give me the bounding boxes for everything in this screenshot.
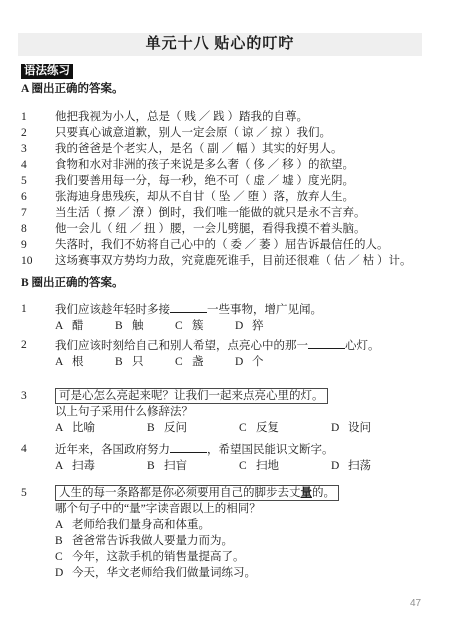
section-b-question-5: 5 人生的每一条路都是你必须要用自己的脚步去丈量的。 哪个句子中的“量”字读音跟…: [21, 485, 458, 581]
item-number: 2: [21, 125, 55, 141]
section-a-item-8: 8 他一会儿（ 纽 ／ 扭 ）腰，一会儿劈腿，看得我摸不着头脑。: [21, 221, 458, 237]
section-b-question-4: 4 近年来，各国政府努力，希望国民能识文断字。 A扫毒 B扫盲 C扫地 D扫荡: [21, 441, 458, 474]
option-d: D设问: [331, 420, 423, 436]
question-stem: 可是心怎么亮起来呢？让我们一起来点亮心里的灯。: [55, 388, 458, 404]
item-number: 5: [21, 173, 55, 189]
item-number: 4: [21, 157, 55, 173]
section-a-item-9: 9 失落时，我们不妨将自己心中的（ 委 ／ 萎 ）屈告诉最信任的人。: [21, 237, 458, 253]
item-text: 我们要善用每一分，每一秒，绝不可（ 虚 ／ 墟 ）度光阴。: [55, 173, 458, 189]
item-text: 食物和水对非洲的孩子来说是多么奢（ 侈 ／ 移 ）的欲望。: [55, 157, 458, 173]
answer-blank: [308, 337, 345, 349]
question-stem: 我们应该趁年轻时多接一些事物，增广见闻。: [55, 301, 458, 318]
option-c: C簇: [175, 318, 235, 334]
section-b-question-3: 3 可是心怎么亮起来呢？让我们一起来点亮心里的灯。 以上句子采用什么修辞法？ A…: [21, 388, 458, 436]
grammar-practice-label-wrap: 语法练习: [21, 64, 458, 79]
option-d: D扫荡: [331, 458, 423, 474]
section-a-item-4: 4 食物和水对非洲的孩子来说是多么奢（ 侈 ／ 移 ）的欲望。: [21, 157, 458, 173]
item-text: 失落时，我们不妨将自己心中的（ 委 ／ 萎 ）屈告诉最信任的人。: [55, 237, 458, 253]
answer-blank: [170, 441, 207, 453]
option-b: B只: [115, 354, 175, 370]
option-a: A扫毒: [55, 458, 147, 474]
options-row: A醋 B触 C簇 D猝: [21, 318, 458, 334]
option-d: D个: [235, 354, 295, 370]
item-text: 他把我视为小人，总是（ 贱 ／ 践 ）踏我的自尊。: [55, 109, 458, 125]
option-a: A比喻: [55, 420, 147, 436]
section-a-item-3: 3 我的爸爸是个老实人，是名（ 副 ／ 幅 ）其实的好男人。: [21, 141, 458, 157]
page-title: 单元十八 贴心的叮咛: [146, 36, 295, 52]
quoted-sentence-box: 可是心怎么亮起来呢？让我们一起来点亮心里的灯。: [55, 388, 328, 404]
item-number: 6: [21, 189, 55, 205]
option-c: C今年，这款手机的销售量提高了。: [21, 549, 458, 565]
question-text: 哪个句子中的“量”字读音跟以上的相同？: [55, 501, 458, 517]
item-number: 3: [21, 141, 55, 157]
option-a: A根: [55, 354, 115, 370]
options-row: A比喻 B反问 C反复 D设问: [21, 420, 458, 436]
question-text: 以上句子采用什么修辞法？: [55, 404, 458, 420]
item-text: 张海迪身患残疾，却从不自甘（ 坠 ／ 堕 ）落，放弃人生。: [55, 189, 458, 205]
item-number: 2: [21, 337, 55, 354]
option-a: A醋: [55, 318, 115, 334]
option-d: D今天，华文老师给我们做量词练习。: [21, 565, 458, 581]
item-number: 9: [21, 237, 55, 253]
item-number: 1: [21, 301, 55, 318]
worksheet-content: 语法练习 A 圈出正确的答案。 1 他把我视为小人，总是（ 贱 ／ 践 ）踏我的…: [21, 64, 458, 581]
section-a-item-5: 5 我们要善用每一分，每一秒，绝不可（ 虚 ／ 墟 ）度光阴。: [21, 173, 458, 189]
emphasized-character: 量: [301, 487, 313, 499]
option-c: C反复: [239, 420, 331, 436]
question-stem: 人生的每一条路都是你必须要用自己的脚步去丈量的。: [55, 485, 458, 501]
option-c: C盏: [175, 354, 235, 370]
item-number: 5: [21, 485, 55, 501]
quoted-sentence-box: 人生的每一条路都是你必须要用自己的脚步去丈量的。: [55, 485, 339, 501]
option-b: B扫盲: [147, 458, 239, 474]
section-b-header: B 圈出正确的答案。: [21, 275, 458, 291]
item-number: 10: [21, 253, 55, 269]
section-b-question-1: 1 我们应该趁年轻时多接一些事物，增广见闻。 A醋 B触 C簇 D猝: [21, 301, 458, 334]
option-a: A老师给我们量身高和体重。: [21, 517, 458, 533]
item-text: 只要真心诚意道歉，别人一定会原（ 谅 ／ 掠 ）我们。: [55, 125, 458, 141]
item-number: 4: [21, 441, 55, 458]
section-a-item-7: 7 当生活（ 撩 ／ 潦 ）倒时，我们唯一能做的就只是永不言弃。: [21, 205, 458, 221]
grammar-practice-label: 语法练习: [21, 64, 73, 79]
item-number: 3: [21, 388, 55, 404]
item-number: 1: [21, 109, 55, 125]
options-row: A扫毒 B扫盲 C扫地 D扫荡: [21, 458, 458, 474]
unit-title-bar: 单元十八 贴心的叮咛: [18, 33, 422, 56]
page-number: 47: [410, 598, 421, 609]
section-a-item-2: 2 只要真心诚意道歉，别人一定会原（ 谅 ／ 掠 ）我们。: [21, 125, 458, 141]
item-text: 这场赛事双方势均力敌，究竟鹿死谁手，目前还很难（ 估 ／ 枯 ）计。: [55, 253, 458, 269]
item-number: 7: [21, 205, 55, 221]
section-a-header: A 圈出正确的答案。: [21, 81, 458, 97]
section-a-item-1: 1 他把我视为小人，总是（ 贱 ／ 践 ）踏我的自尊。: [21, 109, 458, 125]
answer-blank: [170, 301, 207, 313]
options-row: A根 B只 C盏 D个: [21, 354, 458, 370]
question-stem: 我们应该时刻给自己和别人希望，点亮心中的那一心灯。: [55, 337, 458, 354]
option-c: C扫地: [239, 458, 331, 474]
section-a-item-6: 6 张海迪身患残疾，却从不自甘（ 坠 ／ 堕 ）落，放弃人生。: [21, 189, 458, 205]
section-b-question-2: 2 我们应该时刻给自己和别人希望，点亮心中的那一心灯。 A根 B只 C盏 D个: [21, 337, 458, 370]
item-text: 我的爸爸是个老实人，是名（ 副 ／ 幅 ）其实的好男人。: [55, 141, 458, 157]
option-b: B爸爸常告诉我做人要量力而为。: [21, 533, 458, 549]
section-a-item-10: 10 这场赛事双方势均力敌，究竟鹿死谁手，目前还很难（ 估 ／ 枯 ）计。: [21, 253, 458, 269]
item-number: 8: [21, 221, 55, 237]
item-text: 他一会儿（ 纽 ／ 扭 ）腰，一会儿劈腿，看得我摸不着头脑。: [55, 221, 458, 237]
option-b: B触: [115, 318, 175, 334]
section-a-list: 1 他把我视为小人，总是（ 贱 ／ 践 ）踏我的自尊。 2 只要真心诚意道歉，别…: [21, 109, 458, 269]
question-stem: 近年来，各国政府努力，希望国民能识文断字。: [55, 441, 458, 458]
option-b: B反问: [147, 420, 239, 436]
option-d: D猝: [235, 318, 295, 334]
item-text: 当生活（ 撩 ／ 潦 ）倒时，我们唯一能做的就只是永不言弃。: [55, 205, 458, 221]
